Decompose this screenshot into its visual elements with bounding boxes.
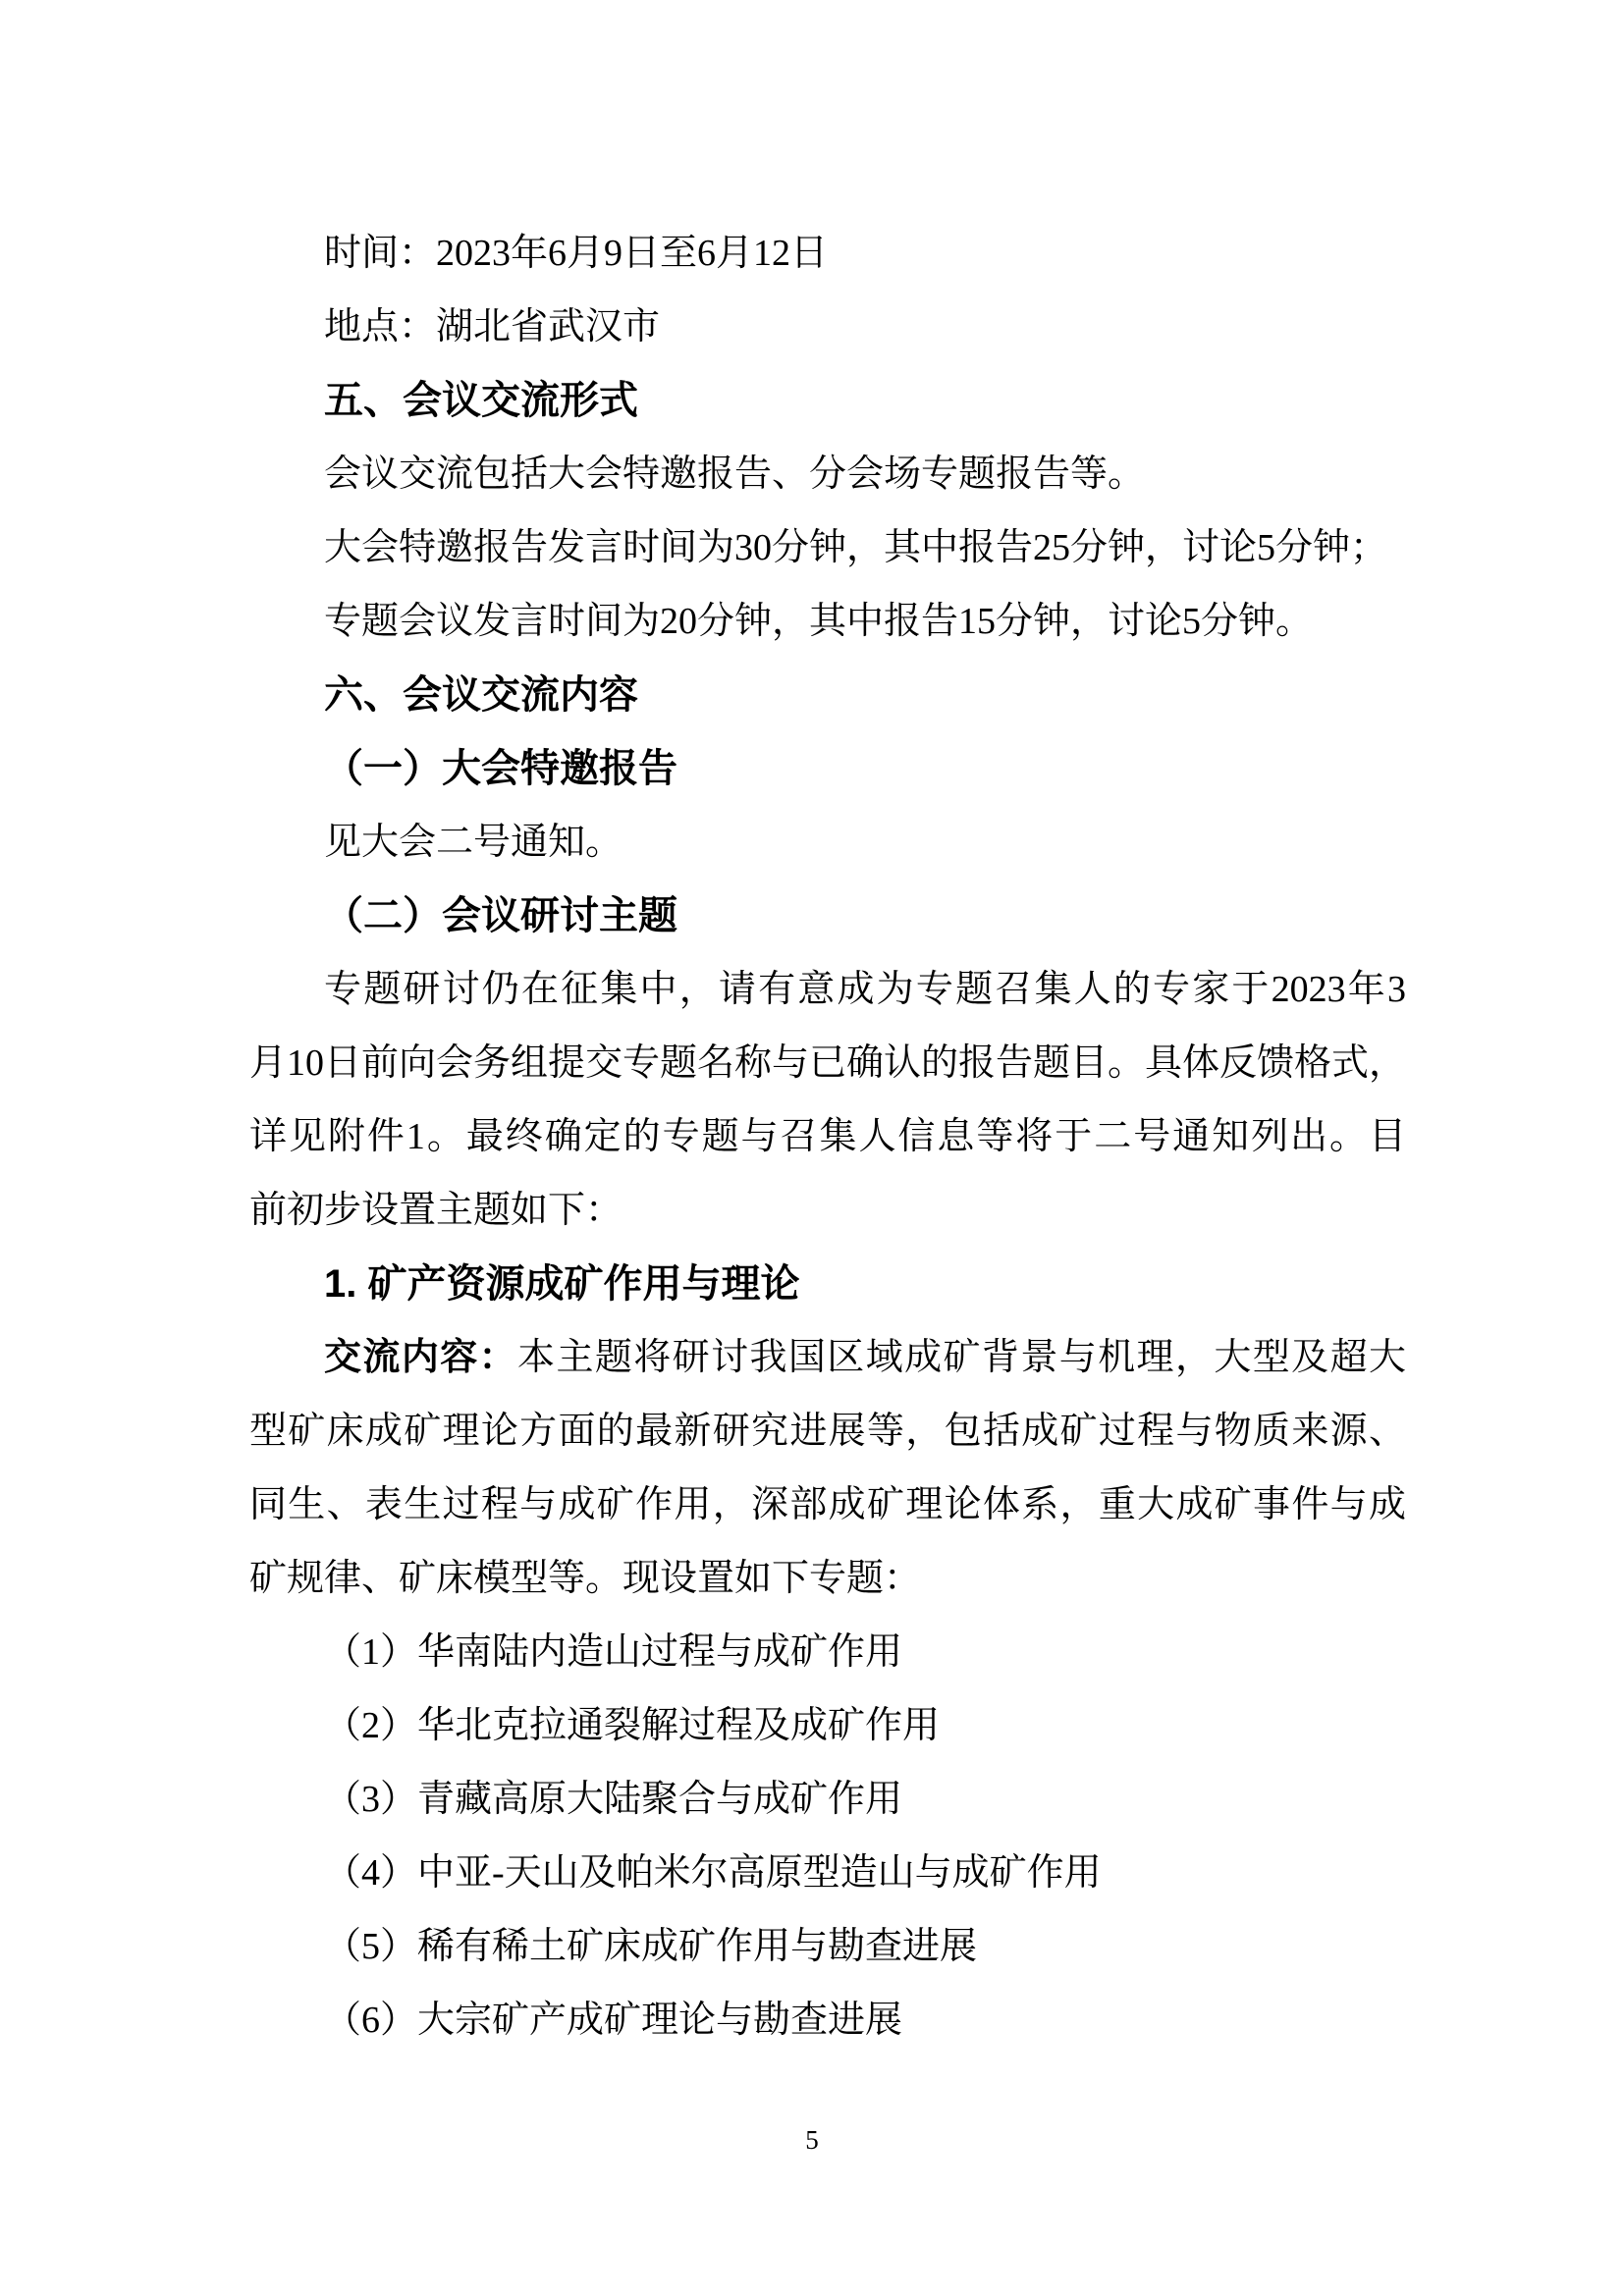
text-line: 会议交流包括大会特邀报告、分会场专题报告等。	[249, 438, 1406, 511]
line-text: 前初步设置主题如下：	[249, 1190, 623, 1231]
line-text: 专题研讨仍在征集中，请有意成为专题召集人的专家于2023年3	[324, 969, 1406, 1010]
line-text: 见大会二号通知。	[324, 822, 623, 863]
line-text: 专题会议发言时间为20分钟，其中报告15分钟，讨论5分钟。	[324, 601, 1313, 642]
line-text: 五、会议交流形式	[324, 379, 638, 422]
line-text: 型矿床成矿理论方面的最新研究进展等，包括成矿过程与物质来源、	[249, 1411, 1406, 1452]
text-line: 型矿床成矿理论方面的最新研究进展等，包括成矿过程与物质来源、	[249, 1395, 1406, 1468]
line-text: 详见附件1。最终确定的专题与召集人信息等将于二号通知列出。目	[249, 1116, 1406, 1157]
line-text: 六、会议交流内容	[324, 673, 638, 717]
text-line: 前初步设置主题如下：	[249, 1174, 1406, 1248]
document-content: 时间：2023年6月9日至6月12日地点：湖北省武汉市五、会议交流形式会议交流包…	[249, 217, 1406, 2057]
text-line: 月10日前向会务组提交专题名称与已确认的报告题目。具体反馈格式，	[249, 1027, 1406, 1100]
text-line: 详见附件1。最终确定的专题与召集人信息等将于二号通知列出。目	[249, 1100, 1406, 1174]
line-text: 大会特邀报告发言时间为30分钟，其中报告25分钟，讨论5分钟；	[324, 527, 1387, 568]
text-line: （二）会议研讨主题	[249, 880, 1406, 953]
text-line: 六、会议交流内容	[249, 659, 1406, 732]
document-page: 时间：2023年6月9日至6月12日地点：湖北省武汉市五、会议交流形式会议交流包…	[0, 0, 1624, 2296]
text-line: （5）稀有稀土矿床成矿作用与勘查进展	[249, 1910, 1406, 1984]
line-text: 地点：湖北省武汉市	[324, 306, 660, 347]
line-text: （3）青藏高原大陆聚合与成矿作用	[324, 1779, 902, 1820]
text-line: （3）青藏高原大陆聚合与成矿作用	[249, 1763, 1406, 1837]
line-text: 同生、表生过程与成矿作用，深部成矿理论体系，重大成矿事件与成	[249, 1484, 1406, 1525]
line-text: （2）华北克拉通裂解过程及成矿作用	[324, 1705, 940, 1746]
line-text: 时间：2023年6月9日至6月12日	[324, 233, 828, 274]
text-line: 专题研讨仍在征集中，请有意成为专题召集人的专家于2023年3	[249, 953, 1406, 1027]
text-line: 五、会议交流形式	[249, 364, 1406, 438]
line-text: 本主题将研讨我国区域成矿背景与机理，大型及超大	[517, 1337, 1406, 1378]
text-line: 地点：湖北省武汉市	[249, 291, 1406, 364]
text-line: （4）中亚-天山及帕米尔高原型造山与成矿作用	[249, 1837, 1406, 1910]
line-text: （一）大会特邀报告	[324, 747, 677, 790]
text-line: 1. 矿产资源成矿作用与理论	[249, 1248, 1406, 1321]
text-line: 见大会二号通知。	[249, 806, 1406, 880]
line-text: （6）大宗矿产成矿理论与勘查进展	[324, 2000, 902, 2041]
text-line: （一）大会特邀报告	[249, 732, 1406, 806]
line-text: （二）会议研讨主题	[324, 894, 677, 937]
line-text: （4）中亚-天山及帕米尔高原型造山与成矿作用	[324, 1852, 1102, 1894]
text-line: 时间：2023年6月9日至6月12日	[249, 217, 1406, 291]
bold-lead: 交流内容：	[324, 1337, 517, 1378]
text-line: （2）华北克拉通裂解过程及成矿作用	[249, 1689, 1406, 1763]
text-line: 交流内容：本主题将研讨我国区域成矿背景与机理，大型及超大	[249, 1321, 1406, 1395]
text-line: 同生、表生过程与成矿作用，深部成矿理论体系，重大成矿事件与成	[249, 1468, 1406, 1542]
line-text: 月10日前向会务组提交专题名称与已确认的报告题目。具体反馈格式，	[249, 1042, 1406, 1084]
text-line: 大会特邀报告发言时间为30分钟，其中报告25分钟，讨论5分钟；	[249, 511, 1406, 585]
line-text: 1. 矿产资源成矿作用与理论	[324, 1262, 799, 1306]
line-text: （5）稀有稀土矿床成矿作用与勘查进展	[324, 1926, 977, 1967]
page-number: 5	[805, 2125, 819, 2155]
line-text: （1）华南陆内造山过程与成矿作用	[324, 1631, 902, 1673]
text-line: 矿规律、矿床模型等。现设置如下专题：	[249, 1542, 1406, 1616]
text-line: 专题会议发言时间为20分钟，其中报告15分钟，讨论5分钟。	[249, 585, 1406, 659]
line-text: 会议交流包括大会特邀报告、分会场专题报告等。	[324, 454, 1145, 495]
text-line: （1）华南陆内造山过程与成矿作用	[249, 1616, 1406, 1689]
line-text: 矿规律、矿床模型等。现设置如下专题：	[249, 1558, 921, 1599]
page-footer: 5	[0, 2120, 1624, 2160]
text-line: （6）大宗矿产成矿理论与勘查进展	[249, 1984, 1406, 2057]
